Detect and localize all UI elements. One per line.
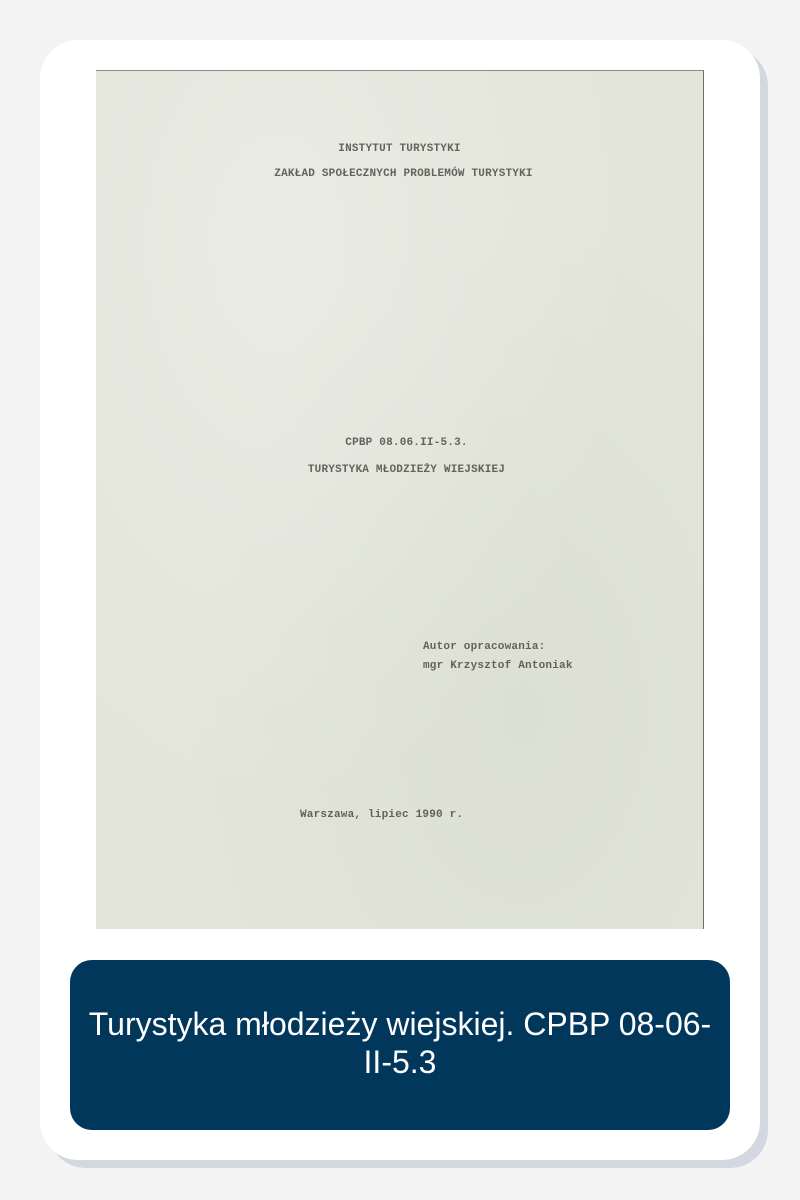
document-card[interactable]: INSTYTUT TURYSTYKI ZAKŁAD SPOŁECZNYCH PR…: [40, 40, 760, 1160]
caption-title: Turystyka młodzieży wiejskiej. CPBP 08-0…: [80, 1005, 720, 1081]
author-name: mgr Krzysztof Antoniak: [423, 660, 573, 672]
department-heading: ZAKŁAD SPOŁECZNYCH PROBLEMÓW TURYSTYKI: [104, 168, 703, 180]
document-scan: INSTYTUT TURYSTYKI ZAKŁAD SPOŁECZNYCH PR…: [96, 70, 704, 929]
author-label: Autor opracowania:: [423, 641, 545, 653]
caption-box[interactable]: Turystyka młodzieży wiejskiej. CPBP 08-0…: [70, 960, 730, 1130]
place-date: Warszawa, lipiec 1990 r.: [300, 809, 463, 821]
document-title: TURYSTYKA MŁODZIEŻY WIEJSKIEJ: [110, 464, 703, 476]
institution-heading: INSTYTUT TURYSTYKI: [96, 143, 703, 155]
document-code: CPBP 08.06.II-5.3.: [110, 437, 703, 449]
